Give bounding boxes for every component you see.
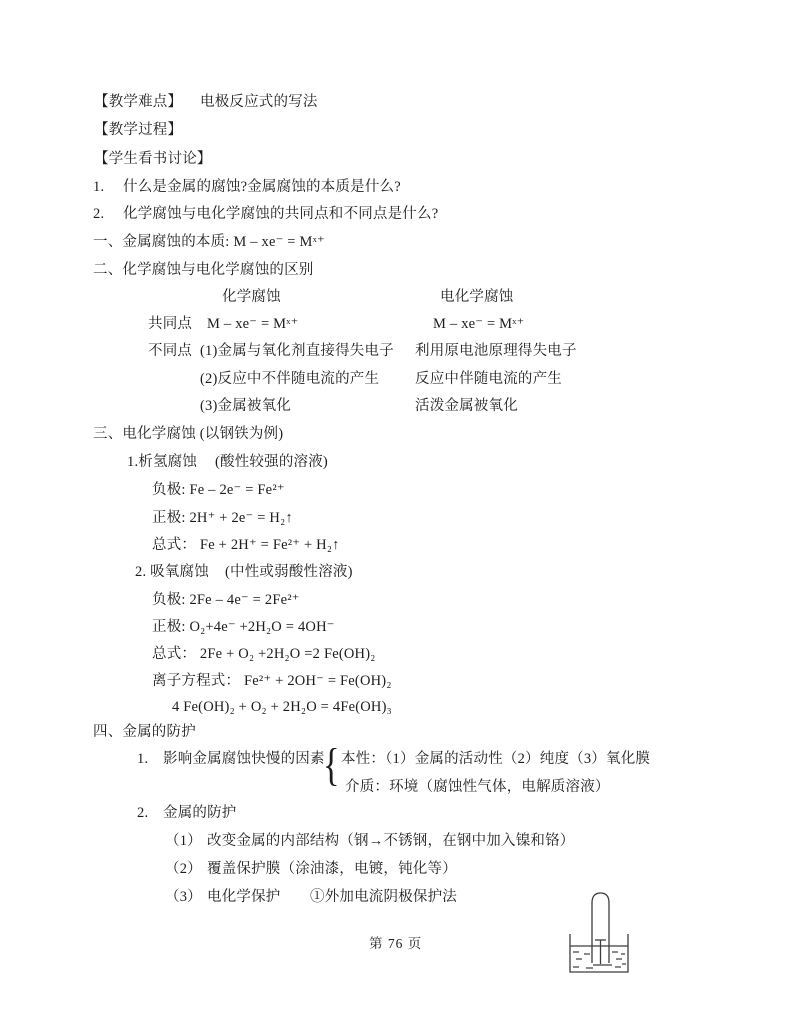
text-segment: 正极: O₂+4e⁻ +2H₂O = 4OH⁻ (152, 617, 335, 638)
oxygen-negative-electrode: 负极: 2Fe – 4e⁻ = 2Fe²⁺ (0, 590, 793, 614)
hydrogen-positive-electrode: 正极: 2H⁺ + 2e⁻ = H₂↑ (0, 508, 793, 532)
text-segment: 介质：环境（腐蚀性气体，电解质溶液） (345, 777, 610, 798)
text-segment: 覆盖保护膜（涂油漆，电镀，钝化等） (207, 859, 457, 880)
text-segment: 负极: 2Fe – 4e⁻ = 2Fe²⁺ (152, 590, 300, 611)
text-segment: 什么是金属的腐蚀?金属腐蚀的本质是什么? (123, 177, 401, 198)
table-diff-row-3: (3)金属被氧化活泼金属被氧化 (0, 396, 793, 420)
text-segment: 2. (93, 204, 104, 225)
text-segment: 1. (137, 749, 148, 770)
text-segment: 电极反应式的写法 (200, 92, 318, 113)
text-segment: 共同点 (148, 314, 192, 335)
text-segment: 【教学过程】 (94, 120, 182, 141)
student-discussion-line: 【学生看书讨论】 (0, 149, 793, 173)
text-segment: 二、化学腐蚀与电化学腐蚀的区别 (93, 260, 314, 281)
grouping-brace: { (323, 742, 340, 788)
text-segment: (2)反应中不伴随电流的产生 (200, 369, 379, 390)
text-segment: (酸性较强的溶液) (215, 452, 328, 473)
table-common-row: 共同点M – xe⁻ = Mˣ⁺M – xe⁻ = Mˣ⁺ (0, 314, 793, 338)
text-segment: 1. (93, 177, 104, 198)
teaching-difficulty-line: 【教学难点】电极反应式的写法 (0, 92, 793, 116)
text-segment: (1)金属与氧化剂直接得失电子 (200, 341, 394, 362)
text-segment: （2） (165, 859, 202, 880)
document-page: 【教学难点】电极反应式的写法【教学过程】【学生看书讨论】1.什么是金属的腐蚀?金… (0, 0, 793, 1020)
text-segment: 4 Fe(OH)₂ + O₂ + 2H₂O = 4Fe(OH)₃ (172, 697, 392, 718)
hydrogen-negative-electrode: 负极: Fe – 2e⁻ = Fe²⁺ (0, 480, 793, 504)
text-segment: M – xe⁻ = Mˣ⁺ (433, 314, 525, 335)
text-segment: 改变金属的内部结构（钢→不锈钢，在钢中加入镍和铬） (207, 831, 575, 852)
section-1-essence-line: 一、金属腐蚀的本质: M – xe⁻ = Mˣ⁺ (0, 232, 793, 256)
feoh-oxidation-equation: 4 Fe(OH)₂ + O₂ + 2H₂O = 4Fe(OH)₃ (0, 697, 793, 721)
text-segment: (3)金属被氧化 (200, 396, 291, 417)
text-segment: M – xe⁻ = Mˣ⁺ (207, 314, 299, 335)
section-2-heading-line: 二、化学腐蚀与电化学腐蚀的区别 (0, 260, 793, 284)
text-segment: 【学生看书讨论】 (94, 149, 212, 170)
question-2-line: 2.化学腐蚀与电化学腐蚀的共同点和不同点是什么? (0, 204, 793, 228)
text-segment: 活泼金属被氧化 (415, 396, 518, 417)
question-1-line: 1.什么是金属的腐蚀?金属腐蚀的本质是什么? (0, 177, 793, 201)
text-segment: 2. (137, 803, 148, 824)
text-segment: 电化学腐蚀 (440, 287, 514, 308)
metal-protection-line: 2.金属的防护 (0, 803, 793, 827)
table-header-row: 化学腐蚀电化学腐蚀 (0, 287, 793, 311)
section-3-heading-line: 三、电化学腐蚀 (以钢铁为例) (0, 424, 793, 448)
text-segment: ①外加电流阴极保护法 (310, 887, 457, 908)
text-segment: 总式： 2Fe + O₂ +2H₂O =2 Fe(OH)₂ (152, 644, 376, 665)
text-segment: 负极: Fe – 2e⁻ = Fe²⁺ (152, 480, 285, 501)
ionic-equation: 离子方程式： Fe²⁺ + 2OH⁻ = Fe(OH)₂ (0, 671, 793, 695)
oxygen-positive-electrode: 正极: O₂+4e⁻ +2H₂O = 4OH⁻ (0, 617, 793, 641)
teaching-process-line: 【教学过程】 (0, 120, 793, 144)
text-segment: 一、金属腐蚀的本质: M – xe⁻ = Mˣ⁺ (93, 232, 325, 253)
text-segment: 反应中伴随电流的产生 (415, 369, 562, 390)
text-segment: （1） (165, 831, 202, 852)
protection-method-1: （1）改变金属的内部结构（钢→不锈钢，在钢中加入镍和铬） (0, 831, 793, 855)
protection-method-3: （3）电化学保护①外加电流阴极保护法 (0, 887, 793, 911)
text-segment: 本性：（1）金属的活动性（2）纯度（3）氧化膜 (341, 749, 650, 770)
text-segment: 2. 吸氧腐蚀 (135, 562, 209, 583)
text-segment: 四、金属的防护 (93, 722, 196, 743)
oxygen-overall-equation: 总式： 2Fe + O₂ +2H₂O =2 Fe(OH)₂ (0, 644, 793, 668)
text-segment: 【教学难点】 (94, 92, 182, 113)
protection-method-2: （2）覆盖保护膜（涂油漆，电镀，钝化等） (0, 859, 793, 883)
text-segment: 金属的防护 (163, 803, 237, 824)
text-segment: 总式： Fe + 2H⁺ = Fe²⁺ + H₂↑ (152, 535, 340, 556)
text-segment: 不同点 (148, 341, 192, 362)
table-diff-row-2: (2)反应中不伴随电流的产生反应中伴随电流的产生 (0, 369, 793, 393)
text-segment: 化学腐蚀与电化学腐蚀的共同点和不同点是什么? (123, 204, 438, 225)
text-segment: 正极: 2H⁺ + 2e⁻ = H₂↑ (152, 508, 293, 529)
hydrogen-overall-equation: 总式： Fe + 2H⁺ = Fe²⁺ + H₂↑ (0, 535, 793, 559)
text-segment: (中性或弱酸性溶液) (225, 562, 353, 583)
section-4-heading-line: 四、金属的防护 (0, 722, 793, 746)
hydrogen-corrosion-heading: 1.析氢腐蚀(酸性较强的溶液) (0, 452, 793, 476)
text-segment: 1.析氢腐蚀 (127, 452, 197, 473)
table-diff-row-1: 不同点(1)金属与氧化剂直接得失电子利用原电池原理得失电子 (0, 341, 793, 365)
text-segment: 电化学保护 (207, 887, 281, 908)
text-segment: 离子方程式： Fe²⁺ + 2OH⁻ = Fe(OH)₂ (152, 671, 392, 692)
text-segment: 影响金属腐蚀快慢的因素 (163, 749, 325, 770)
corrosion-factors-line: 1.影响金属腐蚀快慢的因素本性：（1）金属的活动性（2）纯度（3）氧化膜 (0, 749, 793, 773)
text-segment: 三、电化学腐蚀 (以钢铁为例) (93, 424, 283, 445)
medium-factor-line: 介质：环境（腐蚀性气体，电解质溶液） (0, 777, 793, 801)
page-number: 第 76 页 (369, 932, 422, 952)
text-segment: （3） (165, 887, 202, 908)
liquid-dashes (573, 952, 626, 968)
text-segment: 化学腐蚀 (222, 287, 281, 308)
oxygen-corrosion-heading: 2. 吸氧腐蚀(中性或弱酸性溶液) (0, 562, 793, 586)
text-segment: 利用原电池原理得失电子 (415, 341, 577, 362)
corrosion-experiment-figure (556, 880, 653, 992)
